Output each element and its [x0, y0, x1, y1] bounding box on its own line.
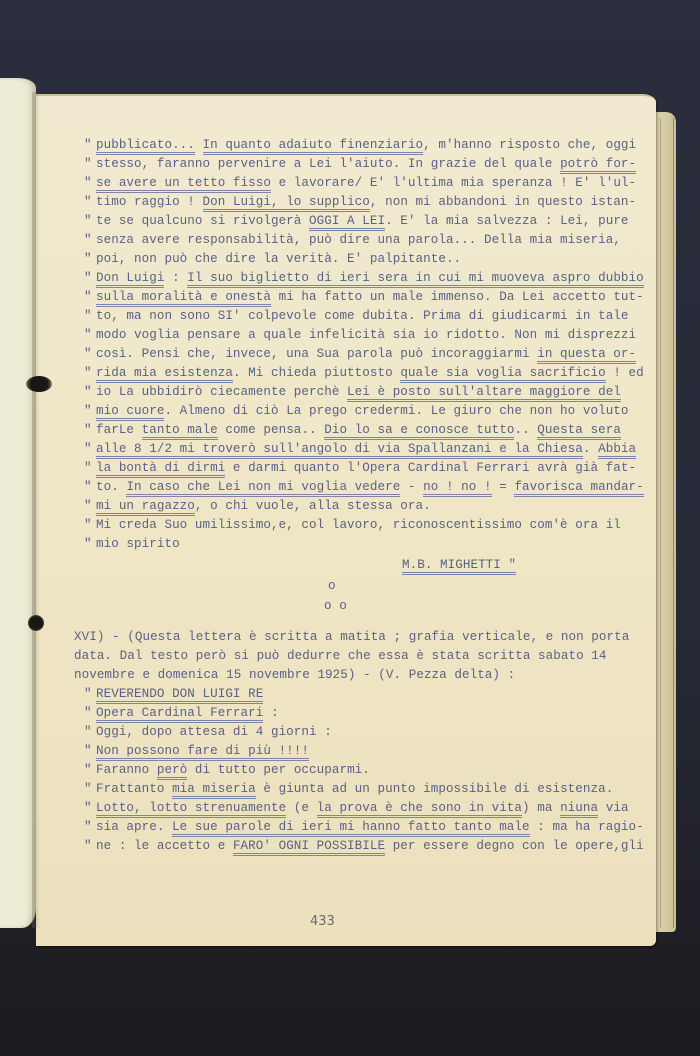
text-segment: modo voglia pensare a quale infelicità s… [96, 328, 636, 342]
ornament-top: o [84, 576, 654, 596]
text-line: "mio spirito [84, 535, 654, 554]
text-segment: sia apre. [96, 820, 172, 834]
text-segment: di tutto per occuparmi. [187, 763, 370, 777]
underlined-text: REVERENDO DON LUIGI RE [96, 687, 263, 704]
text-segment: mio spirito [96, 537, 180, 551]
quote-mark: " [84, 250, 96, 269]
underlined-text: tanto male [142, 423, 218, 440]
text-segment: ne : le accetto e [96, 839, 233, 853]
underlined-text: OGGI A LEI [309, 214, 385, 231]
text-segment: timo raggio ! [96, 195, 203, 209]
quote-mark: " [84, 535, 96, 554]
text-segment: come pensa.. [218, 423, 325, 437]
text-segment: . Mi chieda piuttosto [233, 366, 400, 380]
quote-mark: " [84, 136, 96, 155]
text-segment: : [164, 271, 187, 285]
quote-mark: " [84, 307, 96, 326]
text-line: "la bontà di dirmi e darmi quanto l'Oper… [84, 459, 654, 478]
signature-line: M.B. MIGHETTI " [84, 554, 654, 576]
underlined-text: in questa or- [537, 347, 636, 364]
text-line: "REVERENDO DON LUIGI RE [84, 685, 654, 704]
underlined-text: Dio lo sa e conosce tutto [324, 423, 514, 440]
left-facing-page-edge [0, 78, 36, 928]
text-line: "mi un ragazzo, o chi vuole, alla stessa… [84, 497, 654, 516]
text-line: "Faranno però di tutto per occuparmi. [84, 761, 654, 780]
text-line: "stesso, faranno pervenire a Lei l'aiuto… [84, 155, 654, 174]
underlined-text: se avere un tetto fisso [96, 176, 271, 193]
quote-mark: " [84, 516, 96, 535]
text-line: "così. Pensi che, invece, una Sua parola… [84, 345, 654, 364]
quote-mark: " [84, 780, 96, 799]
letter-xvi-body: "REVERENDO DON LUIGI RE"Opera Cardinal F… [84, 685, 654, 856]
text-segment: : [263, 706, 278, 720]
underlined-text: mia miseria [172, 782, 256, 799]
underlined-text: la bontà di dirmi [96, 461, 225, 478]
text-line: "io La ubbidirò ciecamente perchè Lei è … [84, 383, 654, 402]
text-line: "farLe tanto male come pensa.. Dio lo sa… [84, 421, 654, 440]
intro-text: novembre e domenica 15 novembre 1925) - … [74, 668, 515, 682]
text-line: "mio cuore. Almeno di ciò La prego crede… [84, 402, 654, 421]
signature: M.B. MIGHETTI " [402, 558, 516, 575]
text-line: "Mi creda Suo umilissimo,e, col lavoro, … [84, 516, 654, 535]
text-segment: , non mi abbandoni in questo istan- [370, 195, 636, 209]
quote-mark: " [84, 174, 96, 193]
text-segment: , m'hanno risposto che, oggi [423, 138, 636, 152]
text-segment: to, ma non sono SI' colpevole come dubit… [96, 309, 629, 323]
page-stack-lines [660, 118, 674, 928]
text-line: "Don Luigi : Il suo biglietto di ieri se… [84, 269, 654, 288]
text-line: "timo raggio ! Don Luigi, lo supplico, n… [84, 193, 654, 212]
text-segment: . E' la mia salvezza : Lei, pure [385, 214, 628, 228]
underlined-text: Don Luigi [96, 271, 164, 288]
text-segment: Oggi, dopo attesa di 4 giorni : [96, 725, 332, 739]
text-segment: .. [514, 423, 537, 437]
quote-mark: " [84, 193, 96, 212]
text-segment: Faranno [96, 763, 157, 777]
quote-mark: " [84, 704, 96, 723]
quote-mark: " [84, 345, 96, 364]
underlined-text: Don Luigi, lo supplico [203, 195, 370, 212]
text-segment: ! ed [606, 366, 644, 380]
text-segment: io La ubbidirò ciecamente perchè [96, 385, 347, 399]
underlined-text: però [157, 763, 187, 780]
text-line: "senza avere responsabilità, può dire un… [84, 231, 654, 250]
letter-xvi-intro: XVI) - (Questa lettera è scritta a matit… [74, 628, 654, 685]
text-line: "te se qualcuno si rivolgerà OGGI A LEI.… [84, 212, 654, 231]
text-segment: te se qualcuno si rivolgerà [96, 214, 309, 228]
binding-shadow [32, 92, 40, 928]
quote-mark: " [84, 421, 96, 440]
quote-mark: " [84, 231, 96, 250]
page-number: 433 [310, 914, 335, 929]
quote-mark: " [84, 269, 96, 288]
quote-mark: " [84, 761, 96, 780]
underlined-text: In quanto adaiuto finenziario [203, 138, 424, 155]
quote-mark: " [84, 723, 96, 742]
text-line: "Non possono fare di più !!!! [84, 742, 654, 761]
underlined-text: Il suo biglietto di ieri sera in cui mi … [187, 271, 643, 288]
underlined-text: In caso che Lei non mi voglia vedere [126, 480, 400, 497]
underlined-text: sulla moralità e onestà [96, 290, 271, 307]
quote-mark: " [84, 818, 96, 837]
text-line: "Frattanto mia miseria è giunta ad un pu… [84, 780, 654, 799]
text-segment: (e [286, 801, 316, 815]
underlined-text: pubblicato... [96, 138, 195, 155]
intro-line: XVI) - (Questa lettera è scritta a matit… [74, 628, 654, 647]
text-segment: via [598, 801, 628, 815]
letter-continuation: "pubblicato... In quanto adaiuto finenzi… [84, 136, 654, 554]
text-line: "modo voglia pensare a quale infelicità … [84, 326, 654, 345]
text-segment: . [583, 442, 598, 456]
text-segment: e lavorare/ E' l'ultima mia speranza ! E… [271, 176, 636, 190]
text-segment: . Almeno di ciò La prego credermi. Le gi… [164, 404, 628, 418]
text-line: "to, ma non sono SI' colpevole come dubi… [84, 307, 654, 326]
underlined-text: Lotto, lotto strenuamente [96, 801, 286, 818]
text-line: "Oggi, dopo attesa di 4 giorni : [84, 723, 654, 742]
text-segment: poi, non può che dire la verità. E' palp… [96, 252, 461, 266]
text-line: "se avere un tetto fisso e lavorare/ E' … [84, 174, 654, 193]
binder-hole-upper-icon [26, 376, 52, 392]
ornament-bottom: o o [84, 596, 654, 616]
underlined-text: Questa sera [537, 423, 621, 440]
underlined-text: rida mia esistenza [96, 366, 233, 383]
text-line: "alle 8 1/2 mi troverò sull'angolo di vi… [84, 440, 654, 459]
text-line: "Opera Cardinal Ferrari : [84, 704, 654, 723]
text-line: "to. In caso che Lei non mi voglia veder… [84, 478, 654, 497]
quote-mark: " [84, 383, 96, 402]
text-line: "Lotto, lotto strenuamente (e la prova è… [84, 799, 654, 818]
intro-line: data. Dal testo però si può dedurre che … [74, 647, 654, 666]
underlined-text: mi un ragazzo [96, 499, 195, 516]
text-line: "sia apre. Le sue parole di ieri mi hann… [84, 818, 654, 837]
underlined-text: Opera Cardinal Ferrari [96, 706, 263, 723]
text-segment: Mi creda Suo umilissimo,e, col lavoro, r… [96, 518, 621, 532]
quote-mark: " [84, 799, 96, 818]
text-segment: senza avere responsabilità, può dire una… [96, 233, 621, 247]
quote-mark: " [84, 478, 96, 497]
quote-mark: " [84, 402, 96, 421]
quote-mark: " [84, 440, 96, 459]
text-segment: è giunta ad un punto impossibile di esis… [256, 782, 614, 796]
text-segment: - [400, 480, 423, 494]
text-segment [195, 138, 203, 152]
text-segment: farLe [96, 423, 142, 437]
text-segment: to. [96, 480, 126, 494]
underlined-text: alle 8 1/2 mi troverò sull'angolo di via… [96, 442, 583, 459]
typewritten-text: "pubblicato... In quanto adaiuto finenzi… [84, 136, 654, 856]
text-segment: per essere degno con le opere,gli [385, 839, 644, 853]
quote-mark: " [84, 742, 96, 761]
text-line: "ne : le accetto e FARO' OGNI POSSIBILE … [84, 837, 654, 856]
binder-hole-lower-icon [28, 615, 44, 631]
underlined-text: favorisca mandar- [514, 480, 643, 497]
quote-mark: " [84, 837, 96, 856]
underlined-text: potrò for- [560, 157, 636, 174]
quote-mark: " [84, 212, 96, 231]
underlined-text: Non possono fare di più !!!! [96, 744, 309, 761]
text-segment: Frattanto [96, 782, 172, 796]
text-segment: , o chi vuole, alla stessa ora. [195, 499, 431, 513]
quote-mark: " [84, 459, 96, 478]
quote-mark: " [84, 288, 96, 307]
text-line: "rida mia esistenza. Mi chieda piuttosto… [84, 364, 654, 383]
underlined-text: Abbia [598, 442, 636, 459]
text-segment: stesso, faranno pervenire a Lei l'aiuto.… [96, 157, 560, 171]
quote-mark: " [84, 685, 96, 704]
text-segment: : ma ha ragio- [530, 820, 644, 834]
text-segment: e darmi quanto l'Opera Cardinal Ferrari … [225, 461, 636, 475]
text-line: "pubblicato... In quanto adaiuto finenzi… [84, 136, 654, 155]
underlined-text: Lei è posto sull'altare maggiore del [347, 385, 621, 402]
underlined-text: mio cuore [96, 404, 164, 421]
text-segment: mi ha fatto un male immenso. Da Lei acce… [271, 290, 644, 304]
underlined-text: quale sia voglia sacrificio [400, 366, 605, 383]
text-segment: = [492, 480, 515, 494]
quote-mark: " [84, 364, 96, 383]
quote-mark: " [84, 326, 96, 345]
text-line: "poi, non può che dire la verità. E' pal… [84, 250, 654, 269]
text-segment: ) ma [522, 801, 560, 815]
text-line: "sulla moralità e onestà mi ha fatto un … [84, 288, 654, 307]
quote-mark: " [84, 497, 96, 516]
quote-mark: " [84, 155, 96, 174]
intro-line: novembre e domenica 15 novembre 1925) - … [74, 666, 654, 685]
underlined-text: no ! no ! [423, 480, 491, 497]
underlined-text: FARO' OGNI POSSIBILE [233, 839, 385, 856]
text-segment: così. Pensi che, invece, una Sua parola … [96, 347, 537, 361]
underlined-text: Le sue parole di ieri mi hanno fatto tan… [172, 820, 530, 837]
underlined-text: la prova è che sono in vita [317, 801, 522, 818]
underlined-text: niuna [560, 801, 598, 818]
